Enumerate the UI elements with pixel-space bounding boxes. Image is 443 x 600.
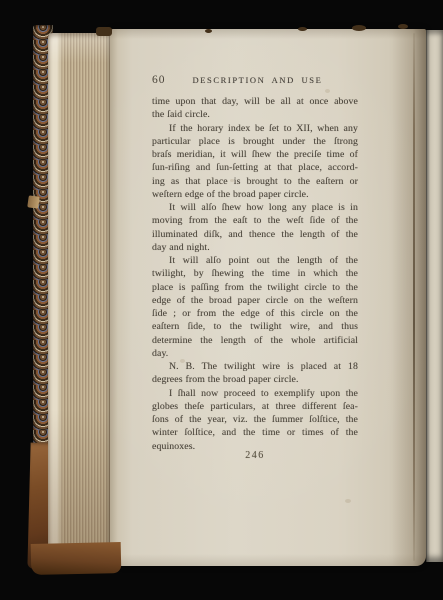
binding-speck: [96, 27, 112, 36]
paper-stain: [230, 179, 234, 182]
top-edge-speck: [352, 25, 366, 31]
adjacent-page-sliver: [426, 30, 443, 562]
header-page-number: 60: [152, 74, 166, 86]
text-line: I ſhall now proceed to exemplify upon th…: [152, 387, 358, 400]
text-line: ſons of the year, viz. the ſummer ſolſti…: [152, 413, 358, 426]
text-line: weſtern edge of the broad paper circle.: [152, 188, 358, 201]
text-line: twilight, by ſhewing the time in which t…: [152, 267, 358, 280]
text-line: determine the length of the whole artifi…: [152, 334, 358, 347]
paper-stain: [180, 359, 185, 363]
text-line: It will alſo ſhew how long any place is …: [152, 201, 358, 214]
text-line: ſun-riſing and ſun-ſetting at that place…: [152, 161, 358, 174]
text-line: place is paſſing from the twilight circl…: [152, 281, 358, 294]
text-line: ing as that place is brought to the eaſt…: [152, 175, 358, 188]
leather-binding-bottom: [31, 542, 122, 575]
footer-page-number: 246: [152, 450, 358, 461]
text-line: eaſtern ſide, to the twilight wire, and …: [152, 320, 358, 333]
page-header: 60DESCRIPTION AND USE: [152, 70, 358, 84]
page-text-body: time upon that day, will be all at once …: [152, 95, 358, 453]
text-line: braſs meridian, it will ſhew the preciſe…: [152, 148, 358, 161]
photo-background: 60DESCRIPTION AND USE time upon that day…: [0, 0, 443, 600]
text-line: day.: [152, 347, 358, 360]
paper-stain: [325, 89, 330, 93]
text-line: day and night.: [152, 241, 358, 254]
text-line: the ſaid circle.: [152, 108, 358, 121]
top-edge-speck: [298, 27, 307, 31]
top-edge-speck: [398, 24, 408, 29]
gutter-shadow: [392, 29, 426, 566]
top-edge-speck: [205, 29, 212, 33]
text-line: illuminated diſk, and thence the length …: [152, 228, 358, 241]
text-line: ſide ; or from the edge of this circle o…: [152, 307, 358, 320]
bookmark-tab: [27, 195, 40, 208]
text-line: edge of the broad paper circle on the we…: [152, 294, 358, 307]
text-line: particular place is brought under the ſt…: [152, 135, 358, 148]
page-fore-edges: [48, 33, 112, 571]
text-line: degrees from the broad paper circle.: [152, 373, 358, 386]
text-line: winter ſolſtice, and the time or times o…: [152, 426, 358, 439]
paper-stain: [345, 499, 351, 503]
text-line: It will alſo point out the length of the: [152, 254, 358, 267]
header-running-title: DESCRIPTION AND USE: [193, 75, 323, 85]
text-line: If the horary index be ſet to XII, when …: [152, 122, 358, 135]
gutter-crease-line: [413, 33, 415, 561]
text-line: time upon that day, will be all at once …: [152, 95, 358, 108]
text-line: moving from the eaſt to the weſt ſide of…: [152, 214, 358, 227]
text-line: globes theſe particulars, at three diffe…: [152, 400, 358, 413]
book-page: 60DESCRIPTION AND USE time upon that day…: [110, 29, 426, 566]
